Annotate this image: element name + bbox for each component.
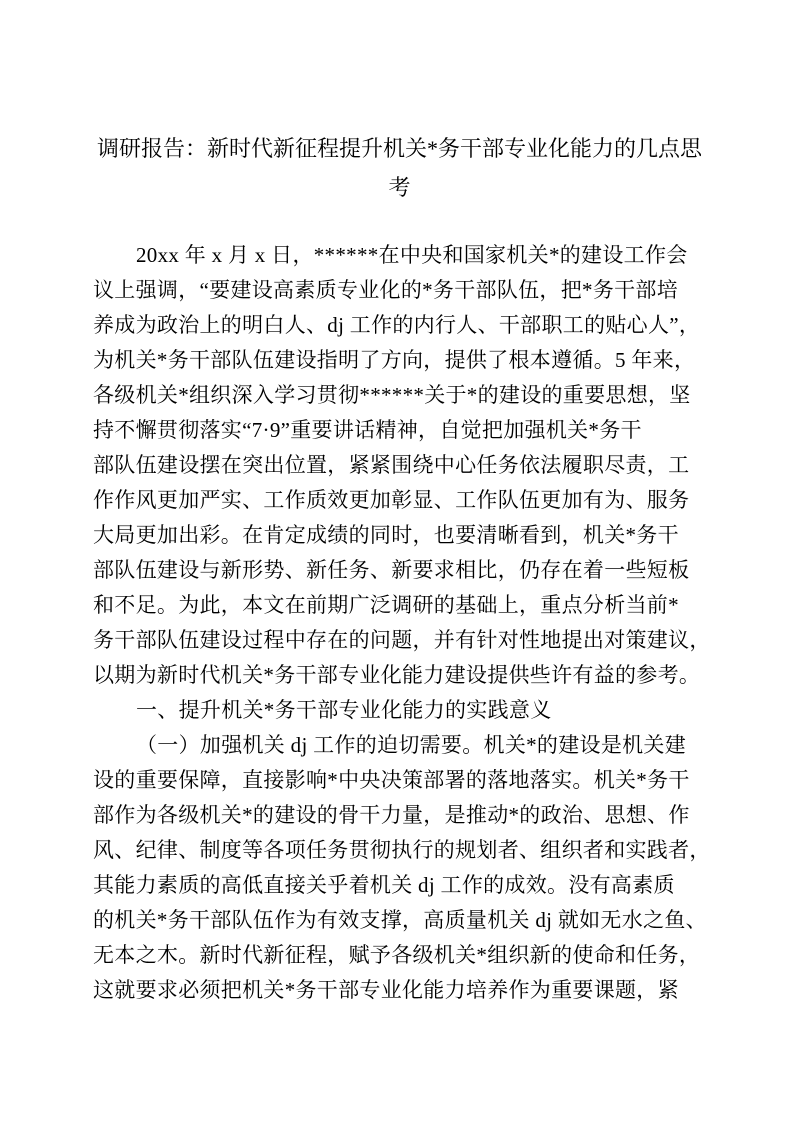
paragraph-line: 持不懈贯彻落实“7·9”重要讲话精神，自觉把加强机关*务干 <box>93 413 706 448</box>
paragraph-line: 各级机关*组织深入学习贯彻******关于*的建设的重要思想，坚 <box>93 378 706 413</box>
paragraph-line: 20xx 年 x 月 x 日，******在中央和国家机关*的建设工作会 <box>93 238 706 273</box>
paragraph-line: 部作为各级机关*的建设的骨干力量，是推动*的政治、思想、作 <box>93 798 706 833</box>
paragraph-line: 设的重要保障，直接影响*中央决策部署的落地落实。机关*务干 <box>93 763 706 798</box>
paragraph-line: 以期为新时代机关*务干部专业化能力建设提供些许有益的参考。 <box>93 658 706 693</box>
paragraph-line: 部队伍建设摆在突出位置，紧紧围绕中心任务依法履职尽责，工 <box>93 448 706 483</box>
paragraph-line: 的机关*务干部队伍作为有效支撑，高质量机关 dj 就如无水之鱼、 <box>93 903 706 938</box>
document-title: 调研报告：新时代新征程提升机关*务干部专业化能力的几点思 考 <box>93 129 706 207</box>
paragraph-line: 养成为政治上的明白人、dj 工作的内行人、干部职工的贴心人”， <box>93 308 706 343</box>
paragraph-line: 大局更加出彩。在肯定成绩的同时，也要清晰看到，机关*务干 <box>93 518 706 553</box>
paragraph-line: 和不足。为此，本文在前期广泛调研的基础上，重点分析当前* <box>93 588 706 623</box>
paragraph-line: 为机关*务干部队伍建设指明了方向，提供了根本遵循。5 年来， <box>93 343 706 378</box>
section-heading-line: 一、提升机关*务干部专业化能力的实践意义 <box>93 693 706 728</box>
paragraph-line: 务干部队伍建设过程中存在的问题，并有针对性地提出对策建议， <box>93 623 706 658</box>
paragraph-line: 作作风更加严实、工作质效更加彰显、工作队伍更加有为、服务 <box>93 483 706 518</box>
paragraph-line: 部队伍建设与新形势、新任务、新要求相比，仍存在着一些短板 <box>93 553 706 588</box>
paragraph-line: 这就要求必须把机关*务干部专业化能力培养作为重要课题，紧 <box>93 973 706 1008</box>
paragraph-line: （一）加强机关 dj 工作的迫切需要。机关*的建设是机关建 <box>93 728 706 763</box>
title-line-2: 考 <box>93 168 706 207</box>
paragraph-line: 议上强调，“要建设高素质专业化的*务干部队伍，把*务干部培 <box>93 273 706 308</box>
document-body: 20xx 年 x 月 x 日，******在中央和国家机关*的建设工作会 议上强… <box>93 238 706 1008</box>
paragraph-line: 无本之木。新时代新征程，赋予各级机关*组织新的使命和任务， <box>93 938 706 973</box>
title-line-1: 调研报告：新时代新征程提升机关*务干部专业化能力的几点思 <box>93 129 706 168</box>
paragraph-line: 其能力素质的高低直接关乎着机关 dj 工作的成效。没有高素质 <box>93 868 706 903</box>
paragraph-line: 风、纪律、制度等各项任务贯彻执行的规划者、组织者和实践者， <box>93 833 706 868</box>
document-page: 调研报告：新时代新征程提升机关*务干部专业化能力的几点思 考 20xx 年 x … <box>0 0 793 1122</box>
